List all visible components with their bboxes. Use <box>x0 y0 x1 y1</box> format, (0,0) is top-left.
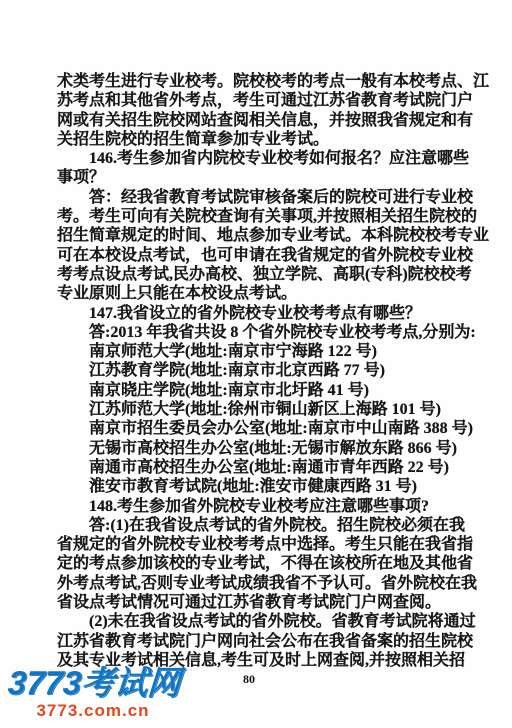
scanned-document-page: 术类考生进行专业校考。院校校考的考点一般有本校考点、江 苏考点和其他省外考点，考… <box>0 0 512 728</box>
text-line-question-148: 148.考生参加省外院校专业校考应注意哪些事项? <box>57 497 473 516</box>
text-line-question-147: 147.我省设立的省外院校专业校考考点有哪些？ <box>57 304 473 323</box>
text-line-address: 淮安市教育考试院(地址:淮安市健康西路 31 号) <box>57 477 473 496</box>
text-line: 招生简章规定的时间、地点参加专业考试。本科院校校考专业 <box>57 226 473 245</box>
text-line: 省设点考试情况可通过江苏省教育考试院门户网查阅。 <box>57 593 473 612</box>
text-line-address: 江苏教育学院(地址:南京市北京西路 77 号) <box>57 361 473 380</box>
text-line: 苏考点和其他省外考点，考生可通过江苏省教育考试院门户 <box>57 91 473 110</box>
watermark-site-name: 3773考试网 <box>7 666 179 700</box>
text-line: 外考点考试,否则专业考试成绩我省不予认可。省外院校在我 <box>57 574 473 593</box>
text-line-question-146: 146.考生参加省内院校专业校考如何报名？应注意哪些 <box>57 149 473 168</box>
text-line: 术类考生进行专业校考。院校校考的考点一般有本校考点、江 <box>57 72 473 91</box>
text-line-address: 南京市招生委员会办公室(地址:南京市中山南路 388 号) <box>57 419 473 438</box>
text-line-address: 南通市高校招生办公室(地址:南通市青年西路 22 号) <box>57 458 473 477</box>
text-line: 专业原则上只能在本校设点考试。 <box>57 284 473 303</box>
text-line: 省规定的省外院校专业校考考点中选择。考生只能在我省指 <box>57 535 473 554</box>
text-line-answer-147: 答:2013 年我省共设 8 个省外院校专业校考考点,分别为: <box>57 323 473 342</box>
text-line: 江苏省教育考试院门户网向社会公布在我省备案的招生院校 <box>57 632 473 651</box>
text-line: 可在本校设点考试，也可申请在我省规定的省外院校专业校 <box>57 246 473 265</box>
text-line-address: 南京晓庄学院(地址:南京市北圩路 41 号) <box>57 381 473 400</box>
text-line-address: 江苏师范大学(地址:徐州市铜山新区上海路 101 号) <box>57 400 473 419</box>
watermark-logo: 3773考试网 3773.com.cn <box>8 666 178 720</box>
text-line-address: 无锡市高校招生办公室(地址:无锡市解放东路 866 号) <box>57 439 473 458</box>
text-line: 考考点设点考试,民办高校、独立学院、高职(专科)院校校考 <box>57 265 473 284</box>
text-line-address: 南京师范大学(地址:南京市宁海路 122 号) <box>57 342 473 361</box>
text-line: 定的考点参加该校的专业考试，不得在该校所在地及其他省 <box>57 554 473 573</box>
watermark-site-url: 3773.com.cn <box>8 702 178 720</box>
text-line: 关招生院校的招生简章参加专业考试。 <box>57 130 473 149</box>
text-line: 网或有关招生院校网站查阅相关信息，并按照我省规定和有 <box>57 111 473 130</box>
document-body: 术类考生进行专业校考。院校校考的考点一般有本校考点、江 苏考点和其他省外考点，考… <box>57 72 473 670</box>
text-line: (2)未在我省设点考试的省外院校。省教育考试院将通过 <box>57 612 473 631</box>
text-line-answer-146: 答：经我省教育考试院审核备案后的院校可进行专业校 <box>57 188 473 207</box>
page-footer: 3773考试网 3773.com.cn 80 <box>0 658 512 728</box>
text-line: 考。考生可向有关院校查询有关事项,并按照相关招生院校的 <box>57 207 473 226</box>
page-number: 80 <box>243 672 255 687</box>
text-line-answer-148: 答:(1)在我省设点考试的省外院校。招生院校必须在我 <box>57 516 473 535</box>
text-line: 事项？ <box>57 168 473 187</box>
